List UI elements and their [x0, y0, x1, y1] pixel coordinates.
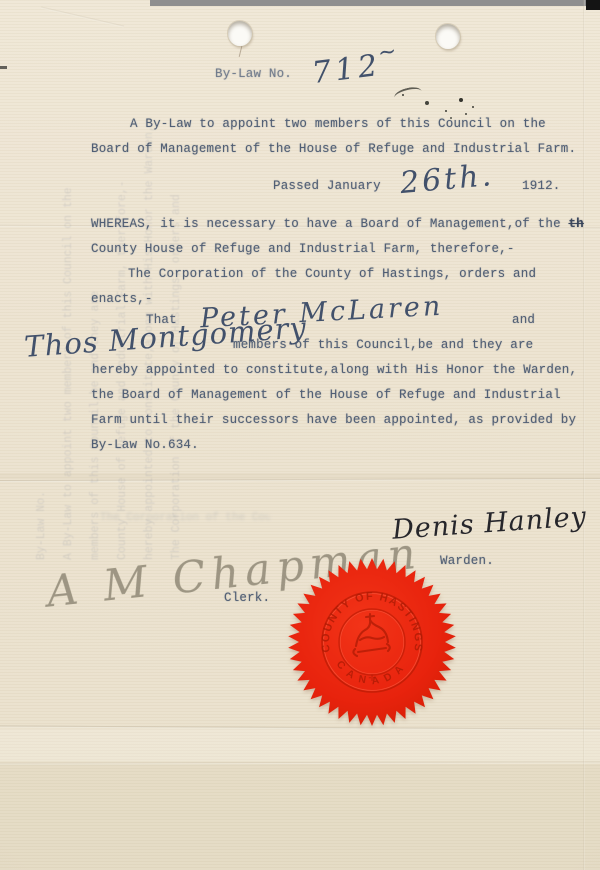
title-line-2: Board of Management of the House of Refu…: [91, 142, 576, 157]
overstruck-text: th: [568, 217, 583, 231]
body-line: By-Law No.634.: [91, 438, 199, 453]
vertical-crease: [583, 0, 585, 870]
bleedthrough-text: The Corporation of the County of Hasting…: [100, 512, 270, 524]
and-label: and: [512, 313, 535, 328]
scanned-bylaw-document: By-Law No. A By-Law to appoint two membe…: [0, 0, 600, 870]
passed-year: 1912.: [522, 179, 561, 194]
flourish-mark: ~: [376, 39, 398, 67]
seal-center-mark: ✛: [368, 673, 376, 683]
ink-specks: [402, 94, 404, 96]
bylaw-number-label: By-Law No.: [215, 67, 292, 82]
passed-label: Passed January: [273, 179, 381, 194]
body-line: Farm until their successors have been ap…: [91, 413, 576, 428]
scanner-edge-corner: [586, 0, 600, 10]
body-line: hereby appointed to constitute,along wit…: [92, 363, 577, 378]
edge-mark: [0, 66, 7, 69]
body-whereas-line: WHEREAS, it is necessary to have a Board…: [91, 217, 584, 232]
clerk-title: Clerk.: [224, 591, 270, 606]
bottom-shade: [0, 764, 600, 870]
body-line: members of this Council,be and they are: [233, 338, 533, 353]
body-line: enacts,-: [91, 292, 153, 307]
body-line: the Board of Management of the House of …: [91, 388, 561, 403]
punch-hole-left: [228, 21, 252, 46]
county-seal: COUNTY OF HASTINGS CANADA ✛: [266, 536, 478, 748]
body-line: The Corporation of the County of Hasting…: [128, 267, 536, 282]
punch-hole-right: [436, 24, 460, 49]
title-line-1: A By-Law to appoint two members of this …: [130, 117, 546, 132]
scanner-edge-strip: [150, 0, 600, 6]
seal-starburst: [288, 558, 456, 726]
body-line: County House of Refuge and Industrial Fa…: [91, 242, 515, 257]
